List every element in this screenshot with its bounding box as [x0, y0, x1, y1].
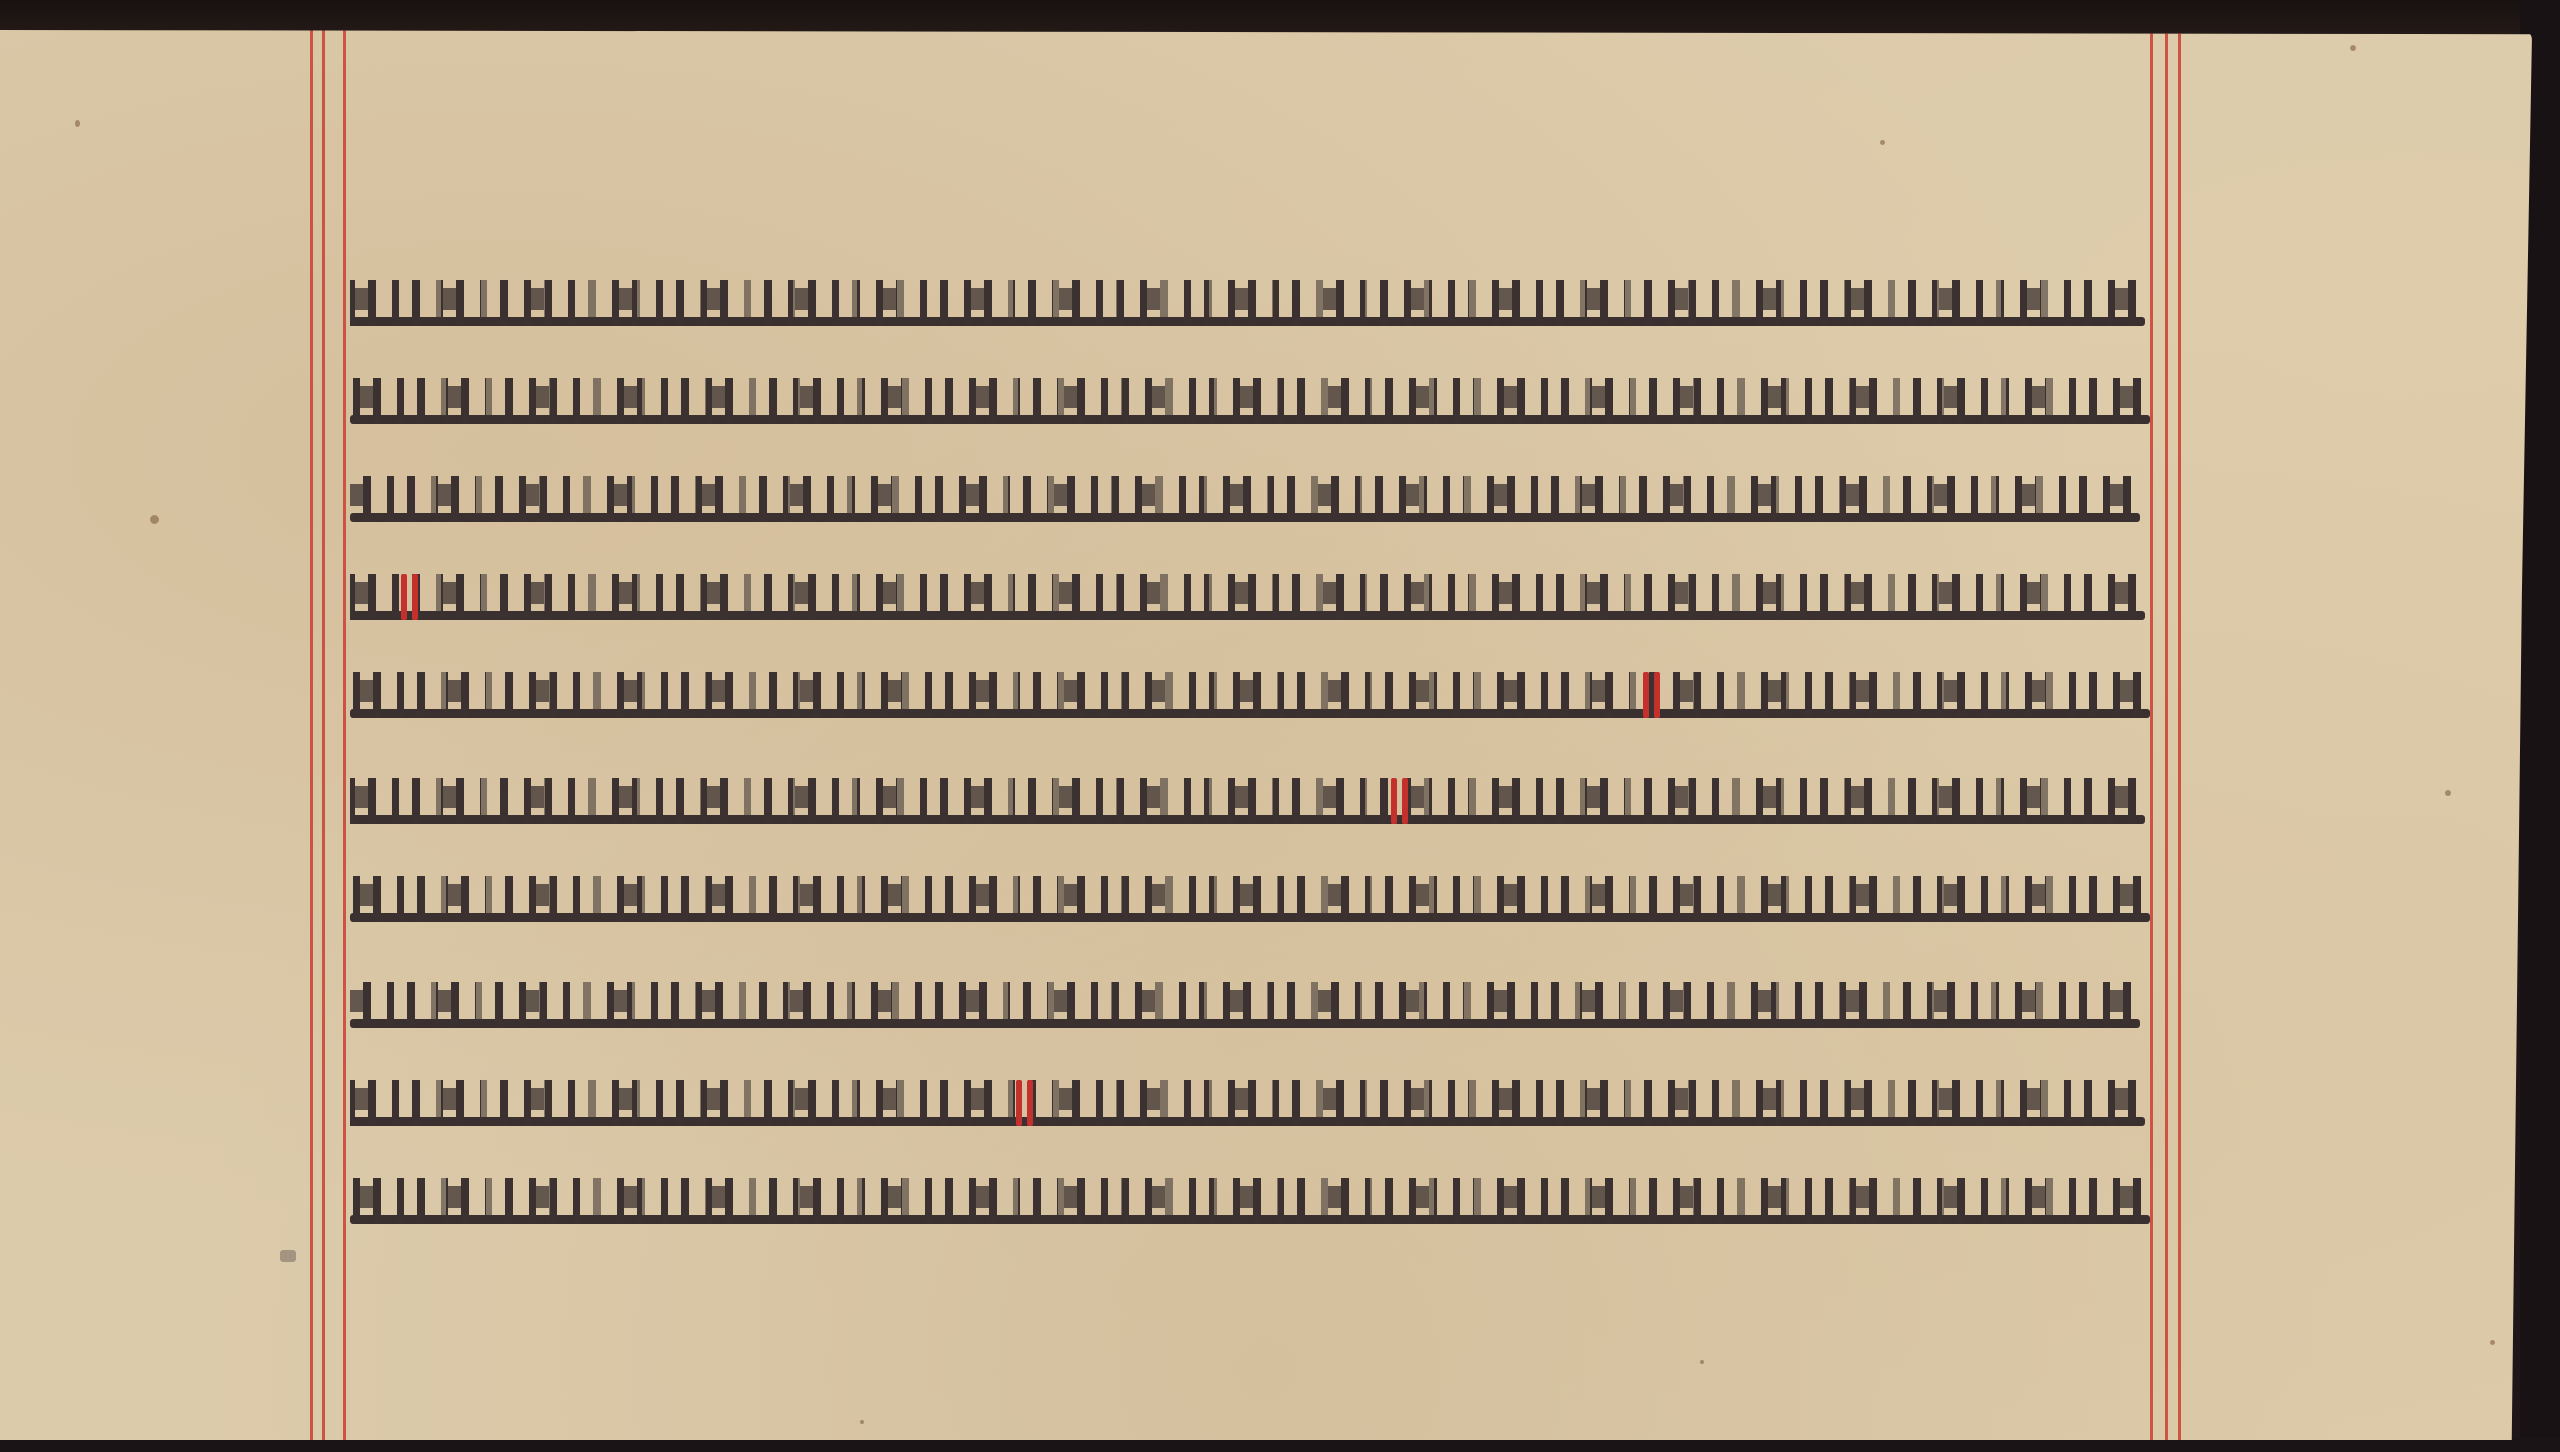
script-glyphs — [350, 766, 2145, 830]
left-margin-rule — [310, 30, 313, 1440]
manuscript-line-10 — [350, 1166, 2150, 1230]
text-block — [350, 30, 2150, 1440]
right-margin-rule — [2178, 30, 2181, 1440]
manuscript-line-2 — [350, 366, 2150, 430]
dark-cloth-background-bottom — [0, 1438, 2560, 1452]
paper-speck — [2350, 45, 2356, 51]
manuscript-line-3 — [350, 464, 2140, 528]
dark-cloth-background-top — [0, 0, 2560, 34]
manuscript-line-8 — [350, 970, 2140, 1034]
manuscript-line-9 — [350, 1068, 2145, 1132]
manuscript-line-4 — [350, 562, 2145, 626]
script-glyphs — [350, 1068, 2145, 1132]
red-double-danda — [1388, 778, 1410, 824]
script-glyphs — [350, 864, 2150, 928]
right-margin-rule — [2165, 30, 2168, 1440]
manuscript-line-6 — [350, 766, 2145, 830]
manuscript-folio: Manuscript folio with ten lines of upsid… — [0, 30, 2532, 1440]
script-glyphs — [350, 660, 2150, 724]
script-glyphs — [350, 562, 2145, 626]
left-margin-rule — [322, 30, 325, 1440]
paper-speck — [150, 515, 159, 524]
script-glyphs — [350, 1166, 2150, 1230]
paper-speck — [75, 120, 80, 127]
right-margin-rule — [2150, 30, 2153, 1440]
script-glyphs — [350, 464, 2140, 528]
manuscript-line-5 — [350, 660, 2150, 724]
script-glyphs — [350, 970, 2140, 1034]
manuscript-line-7 — [350, 864, 2150, 928]
red-double-danda — [398, 574, 420, 620]
script-glyphs — [350, 268, 2145, 332]
red-double-danda — [1013, 1080, 1035, 1126]
paper-speck — [280, 1250, 296, 1262]
manuscript-line-1 — [350, 268, 2145, 332]
paper-speck — [2490, 1340, 2495, 1345]
script-glyphs — [350, 366, 2150, 430]
paper-speck — [2445, 790, 2451, 796]
left-margin-rule — [343, 30, 346, 1440]
red-double-danda — [1640, 672, 1662, 718]
